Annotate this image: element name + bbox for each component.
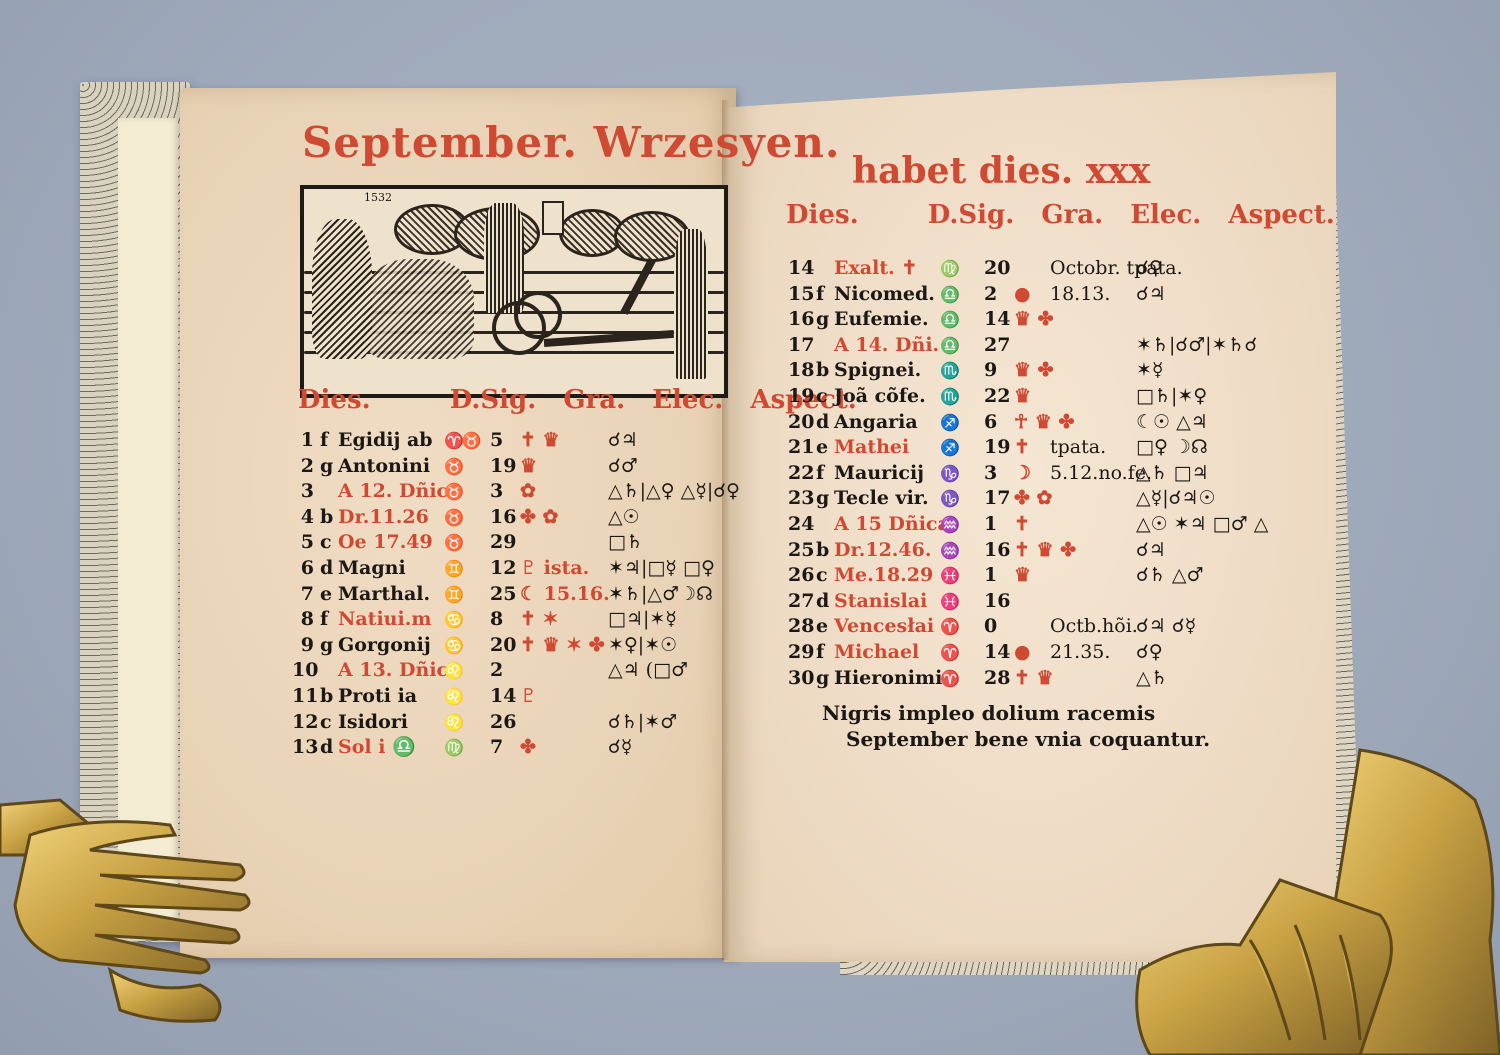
election-symbols: ✝	[1014, 512, 1030, 538]
header-election: Elec.	[1130, 200, 1201, 230]
calendar-row: 25bDr.12.46.♒16✝ ♛ ✤☌♃	[788, 538, 1238, 564]
election-symbols: ♛ ✤	[1014, 358, 1054, 384]
calendar-row: 6dMagni♊12♇ ista.✶♃|□☿ □♀	[292, 556, 742, 582]
day-number: 24	[788, 512, 810, 538]
saint-name: Exalt. ✝	[834, 256, 917, 282]
calendar-row: 17A 14. Dñi.♎27✶♄|☌♂|✶♄☌	[788, 333, 1238, 359]
day-number: 15	[788, 282, 810, 308]
day-number: 12	[292, 710, 314, 736]
calendar-row: 22fMauricij♑3☽5.12.no.fe.△♄ □♃	[788, 461, 1238, 487]
zodiac-sign: ♋	[444, 633, 462, 659]
day-number: 3	[292, 479, 314, 505]
dominical-letter: e	[816, 435, 828, 461]
degree-value: 8	[490, 607, 503, 633]
election-symbols: ♛	[1014, 384, 1031, 410]
degree-value: 9	[984, 358, 997, 384]
degree-value: 12	[490, 556, 516, 582]
saint-name: Dr.12.46.	[834, 538, 931, 564]
dominical-letter: f	[320, 607, 328, 633]
aspect-symbols: △☿|☌♃☉	[1136, 486, 1216, 512]
dominical-letter: c	[320, 530, 332, 556]
plough-wheel	[514, 291, 562, 339]
election-symbols: ✝ ♛ ✤	[1014, 538, 1076, 564]
saint-name: Gorgonij	[338, 633, 431, 659]
day-number: 27	[788, 589, 810, 615]
dominical-letter: g	[816, 666, 829, 692]
calendar-row: 9gGorgonij♋20✝ ♛ ✶ ✤✶♀|✶☉	[292, 633, 742, 659]
calendar-row: 27dStanislai♓16	[788, 589, 1238, 615]
day-number: 23	[788, 486, 810, 512]
election-symbols: ●	[1014, 282, 1031, 308]
brass-hand-clip-right	[1130, 740, 1500, 1055]
calendar-row: 5cOe 17.49♉29□♄	[292, 530, 742, 556]
election-symbols: ♛	[1014, 563, 1031, 589]
calendar-row: 28eVencesłai♈0Octb.hõi.☌♃ ☌☿	[788, 614, 1238, 640]
zodiac-sign: ♎	[940, 282, 958, 308]
calendar-row: 8fNatiui.m♋8✝ ✶□♃|✶☿	[292, 607, 742, 633]
degree-value: 26	[490, 710, 516, 736]
row-note: 21.35.	[1050, 640, 1110, 666]
horse-figure	[364, 259, 474, 359]
day-number: 8	[292, 607, 314, 633]
saint-name: Marthal.	[338, 582, 430, 608]
degree-value: 16	[984, 538, 1010, 564]
degree-value: 20	[984, 256, 1010, 282]
right-calendar-table: 14Exalt. ✝♍20Octobr. tpata.☌♀15fNicomed.…	[788, 256, 1238, 691]
zodiac-sign: ♍	[940, 256, 958, 282]
zodiac-sign: ♏	[940, 358, 958, 384]
dominical-letter: f	[816, 282, 824, 308]
election-symbols: ✤ ✿	[1014, 486, 1052, 512]
saint-name: Spignei.	[834, 358, 921, 384]
aspect-symbols: ☌♀	[1136, 640, 1163, 666]
dominical-letter: b	[816, 358, 829, 384]
zodiac-sign: ♉	[444, 454, 462, 480]
zodiac-sign: ♈	[940, 640, 958, 666]
day-number: 11	[292, 684, 314, 710]
aspect-symbols: △♄	[1136, 666, 1168, 692]
zodiac-sign: ♐	[940, 435, 958, 461]
zodiac-sign: ♌	[444, 684, 462, 710]
calendar-row: 26cMe.18.29♓1♛☌♄ △♂	[788, 563, 1238, 589]
calendar-row: 14Exalt. ✝♍20Octobr. tpata.☌♀	[788, 256, 1238, 282]
degree-value: 14	[490, 684, 516, 710]
left-page-title: September. Wrzesyen.	[302, 118, 841, 167]
aspect-symbols: △♄ □♃	[1136, 461, 1209, 487]
day-number: 10	[292, 658, 314, 684]
degree-value: 3	[490, 479, 503, 505]
dominical-letter: d	[816, 589, 829, 615]
degree-value: 20	[490, 633, 516, 659]
calendar-row: 30gHieronimi♈28✝ ♛△♄	[788, 666, 1238, 692]
day-number: 18	[788, 358, 810, 384]
saint-name: Magni	[338, 556, 406, 582]
saint-name: Isidori	[338, 710, 408, 736]
zodiac-sign: ♉	[444, 479, 462, 505]
day-number: 17	[788, 333, 810, 359]
calendar-row: 15fNicomed.♎2●18.13.☌♃	[788, 282, 1238, 308]
dominical-letter: f	[320, 428, 328, 454]
aspect-symbols: ✶♄|△♂☽☊	[608, 582, 713, 608]
row-note: tpata.	[1050, 435, 1106, 461]
zodiac-sign: ♓	[940, 589, 958, 615]
header-dies: Dies.	[298, 385, 371, 415]
header-grade: Gra.	[1041, 200, 1103, 230]
saint-name: Joã cõfe.	[834, 384, 926, 410]
dominical-letter: g	[320, 633, 333, 659]
right-column-headers: Dies. D.Sig. Gra. Elec. Aspect.	[786, 200, 1353, 230]
zodiac-sign: ♓	[940, 563, 958, 589]
left-calendar-table: 1fEgidij ab♈♉5✝ ♛☌♃2gAntonini♉19♛☌♂3A 12…	[292, 428, 742, 761]
zodiac-sign: ♈	[940, 666, 958, 692]
aspect-symbols: △♄|△♀ △☿|☌♀	[608, 479, 740, 505]
day-number: 28	[788, 614, 810, 640]
calendar-row: 13dSol i ♎♍7✤☌☿	[292, 735, 742, 761]
saint-name: Hieronimi	[834, 666, 942, 692]
saint-name: Eufemie.	[834, 307, 929, 333]
aspect-symbols: ✶☿	[1136, 358, 1164, 384]
woodcut-illustration: 1532	[300, 185, 728, 398]
zodiac-sign: ♑	[940, 486, 958, 512]
brass-hand-clip-left	[0, 795, 260, 1025]
saint-name: Dr.11.26	[338, 505, 429, 531]
aspect-symbols: ☌♃	[608, 428, 638, 454]
calendar-row: 10A 13. Dñic♌2△♃ (□♂	[292, 658, 742, 684]
saint-name: A 13. Dñic	[338, 658, 448, 684]
degree-value: 29	[490, 530, 516, 556]
ploughman-figure	[484, 203, 524, 313]
aspect-symbols: ☌♃	[1136, 282, 1166, 308]
aspect-symbols: ☌♄ △♂	[1136, 563, 1203, 589]
horse-figure	[312, 219, 372, 359]
saint-name: Sol i ♎	[338, 735, 416, 761]
degree-value: 27	[984, 333, 1010, 359]
plough-handle	[620, 258, 655, 315]
aspect-symbols: △☉ ✶♃ □♂ △	[1136, 512, 1268, 538]
woodcut-mark: 1532	[364, 191, 392, 204]
saint-name: Angaria	[834, 410, 918, 436]
election-symbols: ♇	[520, 684, 537, 710]
day-number: 7	[292, 582, 314, 608]
election-symbols: ☥ ♛ ✤	[1014, 410, 1074, 436]
zodiac-sign: ♊	[444, 582, 462, 608]
zodiac-sign: ♏	[940, 384, 958, 410]
aspect-symbols: ✶♃|□☿ □♀	[608, 556, 715, 582]
saint-name: A 14. Dñi.	[834, 333, 939, 359]
saint-name: Oe 17.49	[338, 530, 433, 556]
day-number: 21	[788, 435, 810, 461]
zodiac-sign: ♉	[444, 530, 462, 556]
saint-name: Me.18.29	[834, 563, 933, 589]
row-note: Octobr. tpata.	[1050, 256, 1183, 282]
zodiac-sign: ♒	[940, 538, 958, 564]
day-number: 6	[292, 556, 314, 582]
header-sign: D.Sig.	[928, 200, 1015, 230]
calendar-row: 21eMathei♐19✝tpata.□♀ ☽☊	[788, 435, 1238, 461]
zodiac-sign: ♈♉	[444, 428, 480, 454]
zodiac-sign: ♎	[940, 307, 958, 333]
zodiac-sign: ♒	[940, 512, 958, 538]
aspect-symbols: ☌♄|✶♂	[608, 710, 677, 736]
election-symbols: ♇ ista.	[520, 556, 589, 582]
degree-value: 1	[984, 563, 997, 589]
aspect-symbols: ☌☿	[608, 735, 632, 761]
election-symbols: ✝	[1014, 435, 1030, 461]
election-symbols: ☾ 15.16.	[520, 582, 610, 608]
header-grade: Gra.	[563, 385, 625, 415]
aspect-symbols: □♃|✶☿	[608, 607, 677, 633]
dominical-letter: d	[320, 735, 333, 761]
saint-name: Egidij ab	[338, 428, 433, 454]
degree-value: 6	[984, 410, 997, 436]
degree-value: 3	[984, 461, 997, 487]
aspect-symbols: ☌♂	[608, 454, 638, 480]
degree-value: 5	[490, 428, 503, 454]
aspect-symbols: □♄	[608, 530, 643, 556]
dominical-letter: c	[320, 710, 332, 736]
dominical-letter: g	[320, 454, 333, 480]
degree-value: 28	[984, 666, 1010, 692]
dominical-letter: f	[816, 640, 824, 666]
dominical-letter: d	[320, 556, 333, 582]
day-number: 19	[788, 384, 810, 410]
aspect-symbols: ☾☉ △♃	[1136, 410, 1208, 436]
calendar-row: 18bSpignei.♏9♛ ✤✶☿	[788, 358, 1238, 384]
calendar-row: 3A 12. Dñica♉3✿△♄|△♀ △☿|☌♀	[292, 479, 742, 505]
zodiac-sign: ♎	[940, 333, 958, 359]
motto-line-1: Nigris impleo dolium racemis	[822, 700, 1210, 726]
aspect-symbols: ☌♃ ☌☿	[1136, 614, 1196, 640]
saint-name: A 15 Dñica	[834, 512, 950, 538]
degree-value: 16	[984, 589, 1010, 615]
saint-name: Antonini	[338, 454, 430, 480]
saint-name: Stanislai	[834, 589, 927, 615]
zodiac-sign: ♌	[444, 658, 462, 684]
day-number: 13	[292, 735, 314, 761]
degree-value: 14	[984, 307, 1010, 333]
dominical-letter: f	[816, 461, 824, 487]
calendar-row: 2gAntonini♉19♛☌♂	[292, 454, 742, 480]
calendar-row: 29fMichael♈14●21.35.☌♀	[788, 640, 1238, 666]
saint-name: Michael	[834, 640, 919, 666]
degree-value: 25	[490, 582, 516, 608]
day-number: 16	[788, 307, 810, 333]
aspect-symbols: □♀ ☽☊	[1136, 435, 1208, 461]
degree-value: 1	[984, 512, 997, 538]
degree-value: 0	[984, 614, 997, 640]
saint-name: A 12. Dñica	[338, 479, 460, 505]
aspect-symbols: ✶♄|☌♂|✶♄☌	[1136, 333, 1257, 359]
degree-value: 16	[490, 505, 516, 531]
calendar-row: 1fEgidij ab♈♉5✝ ♛☌♃	[292, 428, 742, 454]
election-symbols: ✝ ♛ ✶ ✤	[520, 633, 605, 659]
degree-value: 7	[490, 735, 503, 761]
degree-value: 19	[984, 435, 1010, 461]
election-symbols: ✝ ✶	[520, 607, 558, 633]
dominical-letter: g	[816, 307, 829, 333]
election-symbols: ✿	[520, 479, 536, 505]
calendar-row: 12cIsidori♌26☌♄|✶♂	[292, 710, 742, 736]
dominical-letter: c	[816, 384, 828, 410]
header-election: Elec.	[652, 385, 723, 415]
aspect-symbols: △♃ (□♂	[608, 658, 688, 684]
zodiac-sign: ♋	[444, 607, 462, 633]
saint-name: Natiui.m	[338, 607, 431, 633]
calendar-row: 7eMarthal.♊25☾ 15.16.✶♄|△♂☽☊	[292, 582, 742, 608]
calendar-row: 19cJoã cõfe.♏22♛□♄|✶♀	[788, 384, 1238, 410]
degree-value: 19	[490, 454, 516, 480]
zodiac-sign: ♍	[444, 735, 462, 761]
dominical-letter: e	[320, 582, 332, 608]
election-symbols: ✤ ✿	[520, 505, 558, 531]
aspect-symbols: ✶♀|✶☉	[608, 633, 677, 659]
header-aspect: Aspect.	[1228, 200, 1334, 230]
zodiac-sign: ♐	[940, 410, 958, 436]
aspect-symbols: △☉	[608, 505, 640, 531]
calendar-row: 23gTecle vir.♑17✤ ✿△☿|☌♃☉	[788, 486, 1238, 512]
dominical-letter: b	[320, 505, 333, 531]
header-dies: Dies.	[786, 200, 859, 230]
aspect-symbols: ☌♀	[1136, 256, 1163, 282]
degree-value: 2	[984, 282, 997, 308]
saint-name: Mathei	[834, 435, 909, 461]
election-symbols: ✤	[520, 735, 536, 761]
election-symbols: ✝ ♛	[520, 428, 560, 454]
dominical-letter: b	[320, 684, 333, 710]
day-number: 4	[292, 505, 314, 531]
zodiac-sign: ♌	[444, 710, 462, 736]
calendar-row: 24A 15 Dñica♒1✝△☉ ✶♃ □♂ △	[788, 512, 1238, 538]
dominical-letter: b	[816, 538, 829, 564]
header-sign: D.Sig.	[450, 385, 537, 415]
dominical-letter: d	[816, 410, 829, 436]
zodiac-sign: ♑	[940, 461, 958, 487]
day-number: 26	[788, 563, 810, 589]
degree-value: 22	[984, 384, 1010, 410]
day-number: 1	[292, 428, 314, 454]
zodiac-sign: ♈	[940, 614, 958, 640]
election-symbols: ♛ ✤	[1014, 307, 1054, 333]
election-symbols: ✝ ♛	[1014, 666, 1054, 692]
day-number: 20	[788, 410, 810, 436]
saint-name: Nicomed.	[834, 282, 935, 308]
calendar-row: 11bProti ia♌14♇	[292, 684, 742, 710]
calendar-row: 20dAngaria♐6☥ ♛ ✤☾☉ △♃	[788, 410, 1238, 436]
church-tower	[542, 201, 564, 235]
aspect-symbols: ☌♃	[1136, 538, 1166, 564]
dominical-letter: g	[816, 486, 829, 512]
day-number: 29	[788, 640, 810, 666]
calendar-row: 4bDr.11.26♉16✤ ✿△☉	[292, 505, 742, 531]
zodiac-sign: ♉	[444, 505, 462, 531]
election-symbols: ♛	[520, 454, 537, 480]
saint-name: Vencesłai	[834, 614, 934, 640]
calendar-row: 16gEufemie.♎14♛ ✤	[788, 307, 1238, 333]
election-symbols: ●	[1014, 640, 1031, 666]
zodiac-sign: ♊	[444, 556, 462, 582]
dominical-letter: c	[816, 563, 828, 589]
saint-name: Tecle vir.	[834, 486, 929, 512]
farmer-figure	[674, 229, 708, 379]
saint-name: Mauricij	[834, 461, 924, 487]
saint-name: Proti ia	[338, 684, 417, 710]
aspect-symbols: □♄|✶♀	[1136, 384, 1207, 410]
election-symbols: ☽	[1014, 461, 1031, 487]
day-number: 22	[788, 461, 810, 487]
degree-value: 2	[490, 658, 503, 684]
day-number: 5	[292, 530, 314, 556]
day-number: 9	[292, 633, 314, 659]
day-number: 25	[788, 538, 810, 564]
dominical-letter: e	[816, 614, 828, 640]
row-note: 18.13.	[1050, 282, 1110, 308]
row-note: Octb.hõi.	[1050, 614, 1138, 640]
degree-value: 14	[984, 640, 1010, 666]
day-number: 30	[788, 666, 810, 692]
day-number: 2	[292, 454, 314, 480]
degree-value: 17	[984, 486, 1010, 512]
day-number: 14	[788, 256, 810, 282]
right-page-title: habet dies. xxx	[852, 150, 1150, 192]
